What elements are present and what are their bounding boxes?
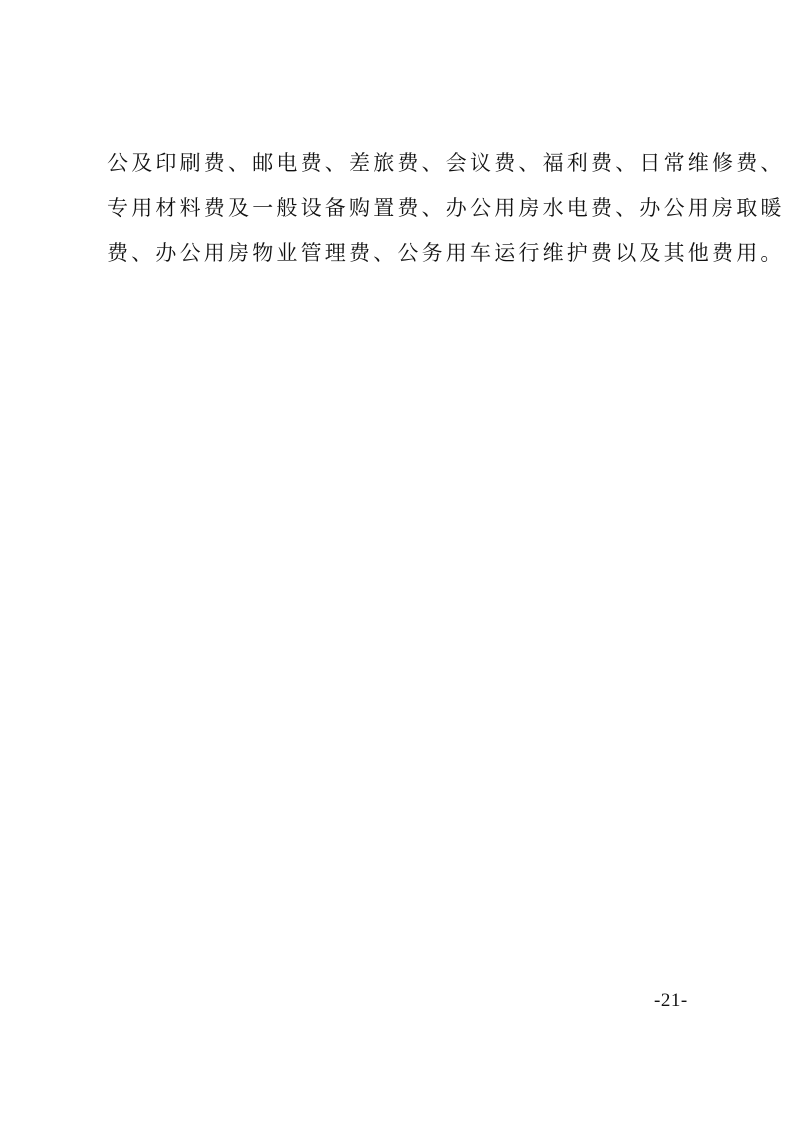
paragraph-line: 费、办公用房物业管理费、公务用车运行维护费以及其他费用。	[107, 238, 697, 283]
body-paragraph: 公及印刷费、邮电费、差旅费、会议费、福利费、日常维修费、 专用材料费及一般设备购…	[107, 148, 697, 283]
paragraph-line: 公及印刷费、邮电费、差旅费、会议费、福利费、日常维修费、	[107, 148, 697, 193]
document-page: 公及印刷费、邮电费、差旅费、会议费、福利费、日常维修费、 专用材料费及一般设备购…	[0, 0, 793, 1122]
page-number: -21-	[654, 990, 688, 1012]
paragraph-line: 专用材料费及一般设备购置费、办公用房水电费、办公用房取暖	[107, 193, 697, 238]
